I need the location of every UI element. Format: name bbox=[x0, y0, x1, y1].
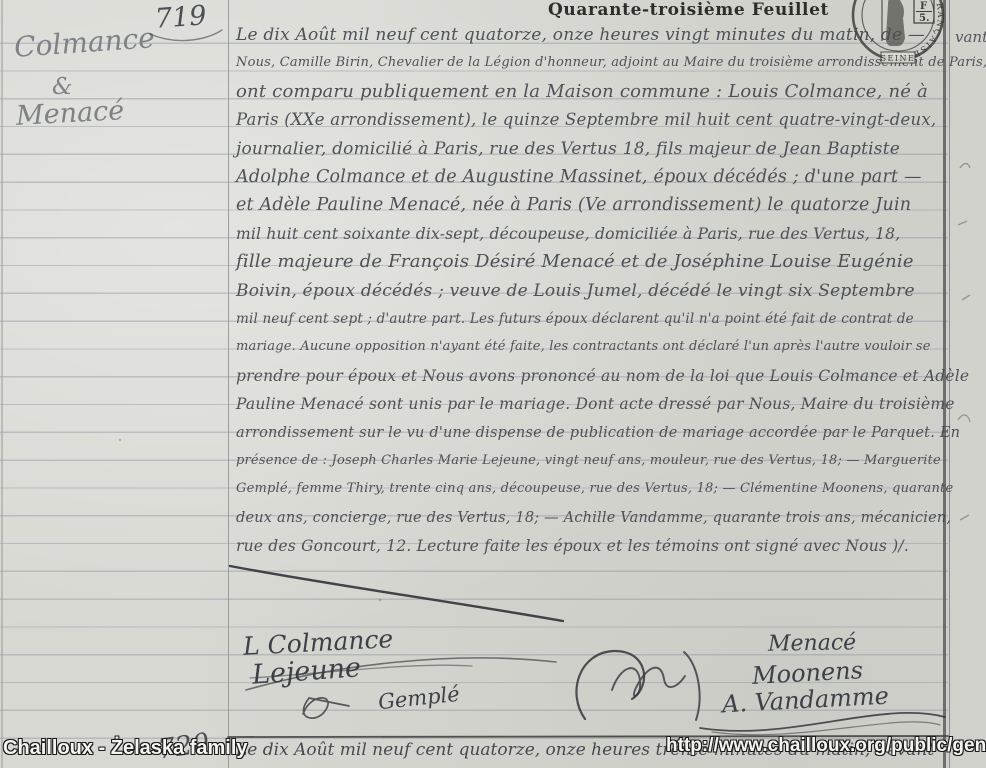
act-line: présence de : Joseph Charles Marie Lejeu… bbox=[236, 447, 948, 475]
act-line: Paris (XXe arrondissement), le quinze Se… bbox=[236, 106, 948, 134]
margin-joiner-symbol: & bbox=[52, 74, 72, 100]
stamp-department: SEINE bbox=[881, 54, 916, 63]
act-line: Gemplé, femme Thiry, trente cinq ans, dé… bbox=[236, 475, 948, 503]
stamp-figure-icon bbox=[882, 0, 905, 46]
left-page-edge-line bbox=[1, 0, 3, 768]
registry-scan-page: Quarante-troisième Feuillet 719 Colmance… bbox=[0, 0, 986, 768]
act-line: rue des Goncourt, 12. Lecture faite les … bbox=[236, 532, 948, 560]
signature-bride-menace: Menacé bbox=[768, 630, 857, 657]
act-line: mariage. Aucune opposition n'ayant été f… bbox=[236, 333, 948, 361]
act-line: ont comparu publiquement en la Maison co… bbox=[236, 78, 948, 106]
republique-francaise-revenue-stamp: RÉPUBLIQUE FRANÇAISE 2f10 ENSUS F 5. SEI… bbox=[836, 0, 960, 79]
act-line: journalier, domicilié à Paris, rue des V… bbox=[236, 135, 948, 163]
act-line: et Adèle Pauline Menacé, née à Paris (Ve… bbox=[236, 191, 948, 219]
stamp-box-number: 5. bbox=[919, 13, 929, 24]
stamp-box-letter: F bbox=[920, 1, 927, 12]
feuillet-header: Quarante-troisième Feuillet bbox=[548, 0, 829, 20]
margin-act-number: 719 bbox=[154, 0, 208, 35]
act-line: Boivin, époux décédés ; veuve de Louis J… bbox=[236, 277, 948, 305]
watermark-family-name: Chailloux - Żelaska family bbox=[3, 737, 248, 760]
act-line: mil huit cent soixante dix-sept, découpe… bbox=[236, 220, 948, 248]
act-line: fille majeure de François Désiré Menacé … bbox=[236, 248, 948, 276]
act-line: Adolphe Colmance et de Augustine Massine… bbox=[236, 163, 948, 191]
act-line: prendre pour époux et Nous avons prononc… bbox=[236, 362, 948, 390]
margin-party-two-name: Menacé bbox=[15, 95, 125, 132]
margin-separator-line bbox=[228, 0, 229, 768]
watermark-url: http://www.chailloux.org/public/geneal/ bbox=[666, 735, 986, 757]
act-line: arrondissement sur le vu d'une dispense … bbox=[236, 419, 948, 447]
act-line: mil neuf cent sept ; d'autre part. Les f… bbox=[236, 305, 948, 333]
act-line: deux ans, concierge, rue des Vertus, 18;… bbox=[236, 504, 948, 532]
act-line: Pauline Menacé sont unis par le mariage.… bbox=[236, 390, 948, 418]
